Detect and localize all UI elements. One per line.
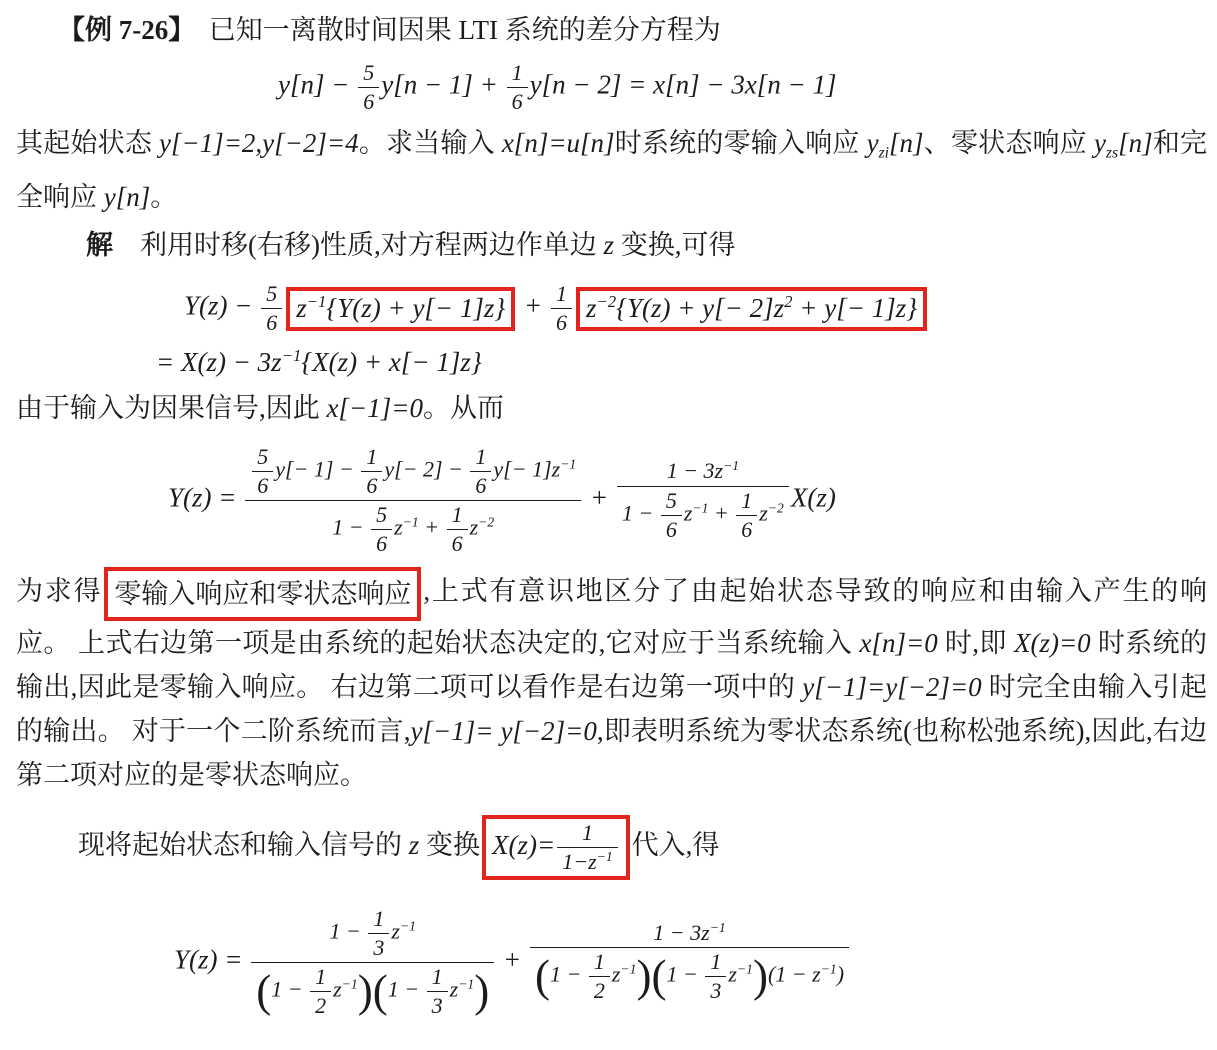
annotation-box: z−2{Y(z) + y[− 2]z2 + y[− 1]z} (576, 287, 927, 331)
math-run: x[n]=u[n] (502, 128, 615, 158)
equation: Y(z) = 56y[− 1] − 16y[− 2] − 16y[− 1]z−1… (168, 444, 1207, 557)
fraction: 56 (259, 281, 284, 336)
paragraph: 其起始状态 y[−1]=2,y[−2]=4。求当输入 x[n]=u[n]时系统的… (16, 121, 1207, 219)
bold-text-run: 【例 7-26】 (58, 15, 182, 45)
fraction: 16 (468, 444, 493, 499)
text-run: 为求得 (16, 576, 102, 606)
fraction: 12 (587, 949, 612, 1004)
paragraph: 【例 7-26】 已知一离散时间因果 LTI 系统的差分方程为 (16, 8, 1207, 52)
math-run: z (450, 976, 459, 1001)
text-run: 代入,得 (632, 830, 720, 860)
superscript: −1 (560, 456, 576, 471)
fraction: 16 (549, 281, 574, 336)
math-run: 6 (266, 310, 277, 335)
math-run: 6 (741, 517, 752, 542)
fraction-denominator: 6 (661, 516, 682, 543)
big-paren: ( (256, 966, 271, 1016)
fraction-denominator: 6 (371, 530, 392, 557)
fraction-denominator: 2 (310, 992, 331, 1019)
fraction-denominator: 6 (358, 88, 379, 115)
math-run: {Y(z) + y[− 1]z} (326, 293, 505, 323)
fraction: 13 (366, 906, 391, 961)
math-run: z (391, 918, 400, 943)
fraction-numerator: 5 (252, 444, 273, 472)
fraction: 1 − 3z−1(1 − 12z−1)(1 − 13z−1)(1 − z−1) (528, 920, 851, 1004)
math-run: [n] (889, 128, 924, 158)
paragraph: 解 利用时移(右移)性质,对方程两边作单边 z 变换,可得 (16, 223, 1207, 267)
fraction-numerator: 5 (358, 60, 379, 88)
math-run: 1 − (388, 976, 425, 1001)
math-run: y[n − 1] + (381, 70, 504, 100)
fraction-numerator: 1 (507, 60, 528, 88)
fraction: 56y[− 1] − 16y[− 2] − 16y[− 1]z−11 − 56z… (243, 444, 583, 557)
fraction: 16 (445, 502, 470, 557)
math-run: 1 (366, 444, 377, 469)
superscript: −1 (723, 458, 739, 473)
math-run: 6 (475, 473, 486, 498)
math-run: 1−z (562, 849, 596, 874)
superscript: −1 (620, 962, 636, 977)
fraction: 13 (703, 949, 728, 1004)
fraction-numerator: 1 (427, 964, 448, 992)
fraction: 1 − 3z−11 − 56z−1 + 16z−2 (615, 458, 791, 542)
math-run: 1 (710, 949, 721, 974)
math-run: 1 (432, 964, 443, 989)
fraction-numerator: 5 (261, 281, 282, 309)
superscript: −2 (768, 500, 784, 515)
superscript: −1 (821, 962, 837, 977)
math-run: 6 (363, 89, 374, 114)
math-run: 5 (376, 502, 387, 527)
math-run: 1 (556, 281, 567, 306)
text-run: 利用时移(右移)性质,对方程两边作单边 (113, 230, 603, 260)
fraction-denominator: 3 (368, 934, 389, 961)
math-run: 3 (373, 935, 384, 960)
text-run: 已知一离散时间因果 LTI 系统的差分方程为 (182, 15, 721, 45)
math-run: y[n] (104, 182, 151, 212)
math-run: 6 (556, 310, 567, 335)
fraction-numerator: 1 − 3z−1 (530, 920, 849, 948)
math-run: x[−1]=0 (327, 393, 423, 423)
math-run: 2 (315, 993, 326, 1018)
math-run: 5 (666, 488, 677, 513)
math-run: z (409, 830, 420, 860)
math-run: Y(z) = (174, 945, 249, 975)
math-run: X(z) (791, 483, 836, 513)
big-paren: ( (373, 966, 388, 1016)
math-run: 1 (315, 964, 326, 989)
text-run: 。从而 (423, 393, 504, 423)
fraction: 56 (369, 502, 394, 557)
math-run: y[n − 2] = x[n] − 3x[n − 1] (530, 70, 837, 100)
fraction-denominator: 1 − 56z−1 + 16z−2 (617, 487, 789, 543)
fraction: 56 (250, 444, 275, 499)
big-paren: ) (636, 951, 651, 1001)
math-run: y[−1]= y[−2]=0 (411, 716, 597, 746)
fraction-denominator: 6 (551, 309, 572, 336)
math-run: 6 (666, 517, 677, 542)
math-run: 1 (373, 906, 384, 931)
math-run: 1 − (330, 918, 367, 943)
paragraph: 现将起始状态和输入信号的 z 变换X(z)=11−z−1代入,得 (16, 815, 1207, 880)
math-run: = X(z) − 3z (156, 347, 282, 377)
math-run: 1 (594, 949, 605, 974)
fraction-numerator: 56y[− 1] − 16y[− 2] − 16y[− 1]z−1 (245, 444, 581, 501)
math-run: + (708, 500, 734, 525)
text-run: 、零状态响应 (924, 128, 1094, 158)
math-run: 1 − (271, 976, 308, 1001)
math-run: + (496, 945, 528, 975)
superscript: −1 (282, 346, 302, 365)
subscript: zi (879, 144, 889, 161)
paragraph: 由于输入为因果信号,因此 x[−1]=0。从而 (16, 386, 1207, 430)
fraction-denominator: (1 − 12z−1)(1 − 13z−1)(1 − z−1) (530, 948, 849, 1004)
math-run: x[n]=0 (859, 628, 937, 658)
fraction: 16 (359, 444, 384, 499)
math-run: + (419, 514, 445, 539)
math-run: ) (837, 962, 844, 987)
math-run: y[− 1] − (275, 457, 359, 482)
math-run: + (517, 291, 549, 321)
subscript: zs (1106, 144, 1118, 161)
fraction-denominator: 6 (252, 472, 273, 499)
math-run: Y(z) − (184, 291, 259, 321)
equation: Y(z) − 56z−1{Y(z) + y[− 1]z} + 16z−2{Y(z… (184, 281, 1207, 336)
superscript: −1 (710, 920, 726, 935)
fraction-numerator: 1 (361, 444, 382, 472)
superscript: −2 (478, 514, 494, 529)
math-run: X(z)= (492, 830, 555, 860)
fraction: 16 (734, 488, 759, 543)
fraction: 1 − 13z−1(1 − 12z−1)(1 − 13z−1) (249, 906, 496, 1019)
math-run: 1 (452, 502, 463, 527)
fraction-denominator: 2 (589, 977, 610, 1004)
page-content: 【例 7-26】 已知一离散时间因果 LTI 系统的差分方程为y[n] − 56… (16, 8, 1207, 1019)
fraction-numerator: 5 (661, 488, 682, 516)
math-run: y[−1]=2,y[−2]=4 (159, 128, 359, 158)
fraction-denominator: 3 (427, 992, 448, 1019)
math-run: 1 − (550, 962, 587, 987)
equation: = X(z) − 3z−1{X(z) + x[− 1]z} (156, 346, 1207, 380)
fraction-denominator: 6 (447, 530, 468, 557)
fraction: 16 (505, 60, 530, 115)
annotation-box: X(z)=11−z−1 (482, 815, 630, 880)
math-run: 6 (366, 473, 377, 498)
fraction-denominator: 3 (705, 977, 726, 1004)
math-run: 1 (741, 488, 752, 513)
math-run: z (296, 293, 307, 323)
math-run: y (1094, 128, 1106, 158)
superscript: −1 (692, 500, 708, 515)
math-run: + (583, 483, 615, 513)
math-run: 6 (512, 89, 523, 114)
big-paren: ) (753, 951, 768, 1001)
big-paren: ) (474, 966, 489, 1016)
math-run: 5 (363, 60, 374, 85)
fraction-denominator: 1−z−1 (557, 848, 617, 875)
math-run: 1 − (667, 962, 704, 987)
fraction-numerator: 1 (470, 444, 491, 472)
fraction-numerator: 1 (705, 949, 726, 977)
math-run: 2 (594, 978, 605, 1003)
superscript: −1 (458, 976, 474, 991)
math-run: 5 (257, 444, 268, 469)
fraction-numerator: 1 − 3z−1 (617, 458, 789, 486)
math-run: y[−1]=y[−2]=0 (802, 672, 981, 702)
math-run: 1 − (622, 500, 659, 525)
math-run: 1 (475, 444, 486, 469)
superscript: −1 (400, 918, 416, 933)
superscript: −1 (342, 976, 358, 991)
fraction: 11−z−1 (555, 820, 619, 875)
text-run: 时,即 (938, 628, 1014, 658)
text-run: 。求当输入 (359, 128, 502, 158)
math-run: 1 (512, 60, 523, 85)
fraction-numerator: 1 (368, 906, 389, 934)
math-run: z (603, 230, 614, 260)
fraction-numerator: 1 (447, 502, 468, 530)
math-run: y (867, 128, 879, 158)
text-run: 其起始状态 (16, 128, 159, 158)
fraction-denominator: 1 − 56z−1 + 16z−2 (245, 501, 581, 557)
math-run: 6 (376, 531, 387, 556)
text-run: 变换,可得 (614, 230, 736, 260)
math-run: z (394, 514, 403, 539)
text-run: 零输入响应和零状态响应 (114, 579, 411, 609)
math-run: z (470, 514, 479, 539)
math-run: z (728, 962, 737, 987)
math-run: Y(z) = (168, 483, 243, 513)
math-run: {Y(z) + y[− 2]z (616, 293, 784, 323)
big-paren: ( (535, 951, 550, 1001)
text-run: 现将起始状态和输入信号的 (78, 830, 409, 860)
fraction-numerator: 5 (371, 502, 392, 530)
bold-text-run: 解 (86, 230, 113, 260)
superscript: −1 (307, 292, 327, 311)
math-run: 1 − 3z (667, 459, 723, 484)
fraction: 56 (659, 488, 684, 543)
math-run: {X(z) + x[− 1]z} (301, 347, 481, 377)
math-run: 5 (266, 281, 277, 306)
text-run: 由于输入为因果信号,因此 (16, 393, 327, 423)
math-run: 3 (710, 978, 721, 1003)
equation: Y(z) = 1 − 13z−1(1 − 12z−1)(1 − 13z−1) +… (174, 906, 1207, 1019)
math-run: y[− 1]z (493, 457, 560, 482)
math-run: 1 − 3z (653, 921, 709, 946)
fraction-numerator: 1 − 13z−1 (251, 906, 494, 963)
annotation-box: 零输入响应和零状态响应 (104, 567, 421, 621)
fraction-denominator: (1 − 12z−1)(1 − 13z−1) (251, 963, 494, 1019)
fraction-numerator: 1 (557, 820, 617, 848)
text-run: 时系统的零输入响应 (615, 128, 867, 158)
fraction: 56 (356, 60, 381, 115)
math-run: 6 (452, 531, 463, 556)
math-run: (1 − z (768, 962, 821, 987)
math-run: [n] (1118, 128, 1153, 158)
superscript: −2 (596, 292, 616, 311)
fraction-denominator: 6 (507, 88, 528, 115)
math-run: X(z)=0 (1014, 628, 1091, 658)
text-run: 。 (150, 182, 177, 212)
math-run: 6 (257, 473, 268, 498)
fraction-numerator: 1 (736, 488, 757, 516)
superscript: −1 (403, 514, 419, 529)
math-run: 3 (432, 993, 443, 1018)
math-run: y[− 2] − (384, 457, 468, 482)
math-run: 1 − (332, 514, 369, 539)
math-run: 1 (582, 820, 593, 845)
fraction-numerator: 1 (310, 964, 331, 992)
annotation-box: z−1{Y(z) + y[− 1]z} (286, 287, 515, 331)
math-run: z (586, 293, 597, 323)
equation: y[n] − 56y[n − 1] + 16y[n − 2] = x[n] − … (278, 60, 1207, 115)
math-run: y[n] − (278, 70, 356, 100)
text-run: 变换 (419, 830, 480, 860)
fraction-denominator: 6 (736, 516, 757, 543)
big-paren: ) (358, 966, 373, 1016)
big-paren: ( (651, 951, 666, 1001)
paragraph: 为求得零输入响应和零状态响应,上式有意识地区分了由起始状态导致的响应和由输入产生… (16, 567, 1207, 797)
fraction-denominator: 6 (361, 472, 382, 499)
math-run: z (333, 976, 342, 1001)
fraction-denominator: 6 (261, 309, 282, 336)
superscript: −1 (597, 849, 613, 864)
fraction-numerator: 1 (589, 949, 610, 977)
superscript: 2 (784, 292, 792, 311)
superscript: −1 (737, 962, 753, 977)
math-run: + y[− 1]z} (793, 293, 918, 323)
fraction: 12 (308, 964, 333, 1019)
fraction: 13 (425, 964, 450, 1019)
math-run: z (759, 500, 768, 525)
fraction-denominator: 6 (470, 472, 491, 499)
fraction-numerator: 1 (551, 281, 572, 309)
